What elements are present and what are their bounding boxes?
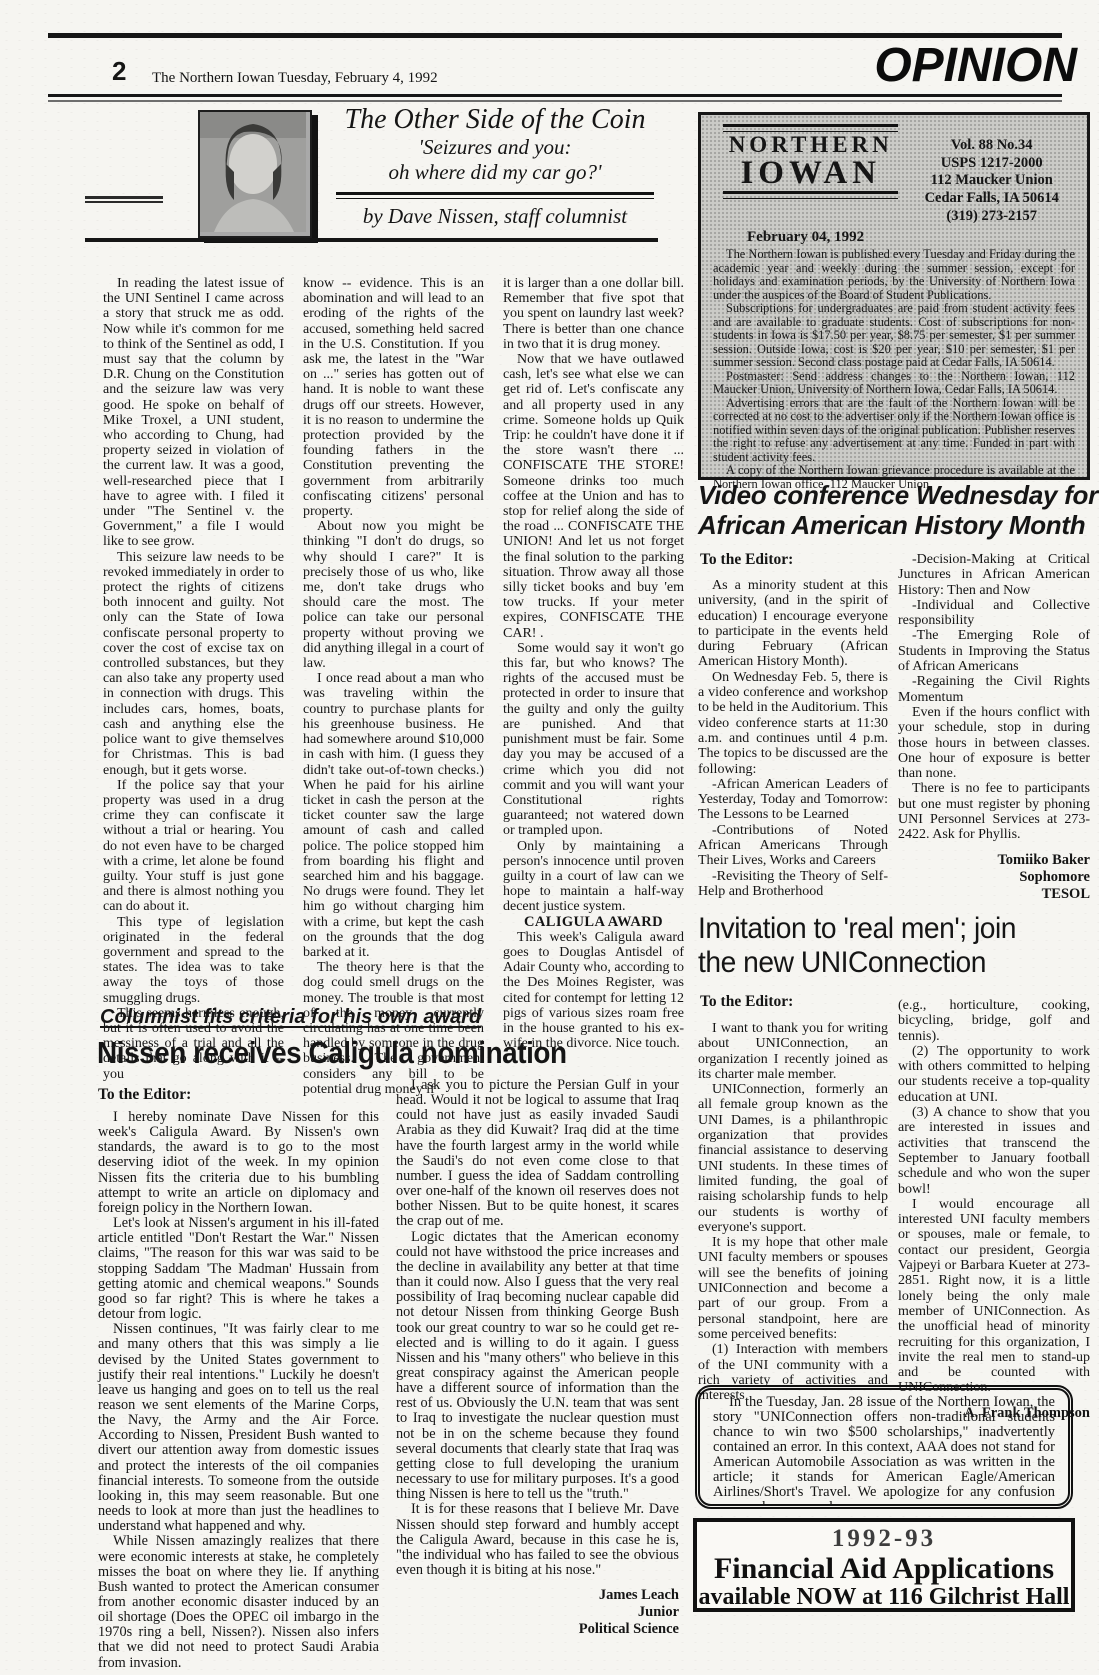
contact-line: (319) 273-2157 bbox=[908, 208, 1075, 226]
contact-line: USPS 1217-2000 bbox=[908, 155, 1075, 173]
paragraph: As a minority student at this university… bbox=[698, 578, 888, 670]
paragraph: Now that we have outlawed cash, let's se… bbox=[503, 352, 684, 641]
video-letter-signature: Tomiiko BakerSophomoreTESOL bbox=[898, 852, 1090, 903]
header-rule-1 bbox=[48, 94, 1062, 97]
paragraph: -Individual and Collective responsibilit… bbox=[898, 598, 1090, 629]
column-title: The Other Side of the Coin bbox=[330, 104, 660, 135]
paragraph: I once read about a man who was travelin… bbox=[303, 671, 484, 960]
column-subtitle-line1: 'Seizures and you: bbox=[330, 135, 660, 160]
page-number: 2 bbox=[112, 56, 126, 87]
correction-notice-box: In the Tuesday, Jan. 28 issue of the Nor… bbox=[695, 1385, 1073, 1509]
headline-line: Video conference Wednesday for bbox=[698, 480, 1098, 510]
paragraph: I hereby nominate Dave Nissen for this w… bbox=[98, 1110, 379, 1216]
caligula-award-subhead: CALIGULA AWARD bbox=[503, 915, 684, 930]
publication-statements: The Northern Iowan is published every Tu… bbox=[713, 248, 1075, 491]
paragraph: If the police say that your property was… bbox=[103, 778, 284, 915]
publication-date: February 04, 1992 bbox=[747, 229, 1075, 246]
signature-line: James Leach bbox=[396, 1587, 679, 1604]
section-title: OPINION bbox=[874, 38, 1077, 93]
masthead-double-rule bbox=[336, 192, 654, 199]
paragraph: Advertising errors that are the fault of… bbox=[713, 397, 1075, 465]
invitation-letter-headline: Invitation to 'real men'; jointhe new UN… bbox=[698, 912, 1099, 980]
contact-line: Cedar Falls, IA 50614 bbox=[908, 190, 1075, 208]
newspaper-page: 2 The Northern Iowan Tuesday, February 4… bbox=[0, 0, 1099, 1675]
paragraph: Even if the hours conflict with your sch… bbox=[898, 705, 1090, 781]
publication-info-header: NORTHERN IOWAN Vol. 88 No.34USPS 1217-20… bbox=[713, 123, 1075, 225]
correction-text: In the Tuesday, Jan. 28 issue of the Nor… bbox=[713, 1395, 1055, 1509]
paragraph: -Regaining the Civil Rights Momentum bbox=[898, 674, 1090, 705]
logo-line1: NORTHERN bbox=[713, 133, 908, 157]
nissen-letter-signature: James LeachJuniorPolitical Science bbox=[396, 1587, 679, 1638]
nissen-letter-headline: Nissen receives Caligula nomination bbox=[97, 1035, 673, 1071]
paragraph: While Nissen amazingly realizes that the… bbox=[98, 1534, 379, 1670]
invitation-letter-col-b-text: (e.g., horticulture, cooking, bicycling,… bbox=[898, 998, 1090, 1396]
paragraph: Only by maintaining a person's innocence… bbox=[503, 839, 684, 915]
logo-rule-bottom bbox=[723, 191, 898, 199]
paragraph: (2) The opportunity to work with others … bbox=[898, 1044, 1090, 1105]
paragraph: I would encourage all interested UNI fac… bbox=[898, 1197, 1090, 1396]
contact-line: 112 Maucker Union bbox=[908, 172, 1075, 190]
paragraph: Let's look at Nissen's argument in his i… bbox=[98, 1216, 379, 1322]
video-letter-col-b: -Decision-Making at Critical Junctures i… bbox=[898, 552, 1090, 903]
paragraph: -Decision-Making at Critical Junctures i… bbox=[898, 552, 1090, 598]
seizures-col3-part1: it is larger than a one dollar bill. Rem… bbox=[503, 276, 684, 915]
contact-line: Vol. 88 No.34 bbox=[908, 137, 1075, 155]
paragraph: Some would say it won't go this far, but… bbox=[503, 641, 684, 839]
paragraph: This seizure law needs to be revoked imm… bbox=[103, 550, 284, 778]
invitation-letter-col-b: (e.g., horticulture, cooking, bicycling,… bbox=[898, 998, 1090, 1422]
paragraph: It is for these reasons that I believe M… bbox=[396, 1502, 679, 1578]
logo-rule-top bbox=[723, 124, 898, 132]
seizures-article-col3: it is larger than a one dollar bill. Rem… bbox=[503, 276, 684, 1051]
masthead-bottom-rule bbox=[85, 238, 658, 242]
paragraph: The Northern Iowan is published every Tu… bbox=[713, 248, 1075, 302]
nissen-letter-col-a: I hereby nominate Dave Nissen for this w… bbox=[98, 1110, 379, 1671]
headline-line: African American History Month bbox=[698, 510, 1098, 540]
video-letter-col-b-text: -Decision-Making at Critical Junctures i… bbox=[898, 552, 1090, 843]
signature-line: Tomiiko Baker bbox=[898, 852, 1090, 869]
paragraph: Postmaster: Send address changes to the … bbox=[713, 370, 1075, 397]
signature-line: TESOL bbox=[898, 886, 1090, 903]
column-byline: by Dave Nissen, staff columnist bbox=[330, 204, 660, 229]
financial-aid-year: 1992-93 bbox=[697, 1525, 1071, 1553]
paragraph: In reading the latest issue of the UNI S… bbox=[103, 276, 284, 550]
signature-line: Junior bbox=[396, 1604, 679, 1621]
publication-contact-block: Vol. 88 No.34USPS 1217-2000112 Maucker U… bbox=[908, 123, 1075, 225]
nissen-letter-kicker: Columnist fits criteria for his own awar… bbox=[100, 1006, 481, 1029]
paragraph: (e.g., horticulture, cooking, bicycling,… bbox=[898, 998, 1090, 1044]
signature-line: Sophomore bbox=[898, 869, 1090, 886]
paragraph: This week's Caligula award goes to Dougl… bbox=[503, 930, 684, 1052]
invitation-letter-col-a: I want to thank you for writing about UN… bbox=[698, 1021, 888, 1403]
video-letter-col-a: As a minority student at this university… bbox=[698, 578, 888, 899]
nissen-letter-col-b: I ask you to picture the Persian Gulf in… bbox=[396, 1078, 679, 1638]
column-subtitle-line2: oh where did my car go?' bbox=[330, 160, 660, 185]
signature-line: Political Science bbox=[396, 1621, 679, 1638]
columnist-photo bbox=[198, 110, 312, 238]
paragraph: Nissen continues, "It was fairly clear t… bbox=[98, 1322, 379, 1534]
seizures-article-col2: know -- evidence. This is an abomination… bbox=[303, 276, 484, 1097]
paragraph: This type of legislation originated in t… bbox=[103, 915, 284, 1006]
financial-aid-notice-box: 1992-93 Financial Aid Applications avail… bbox=[693, 1518, 1075, 1612]
paragraph: know -- evidence. This is an abomination… bbox=[303, 276, 484, 519]
financial-aid-title: Financial Aid Applications bbox=[697, 1553, 1071, 1585]
headline-line: the new UNIConnection bbox=[698, 946, 1099, 980]
paragraph: I ask you to picture the Persian Gulf in… bbox=[396, 1078, 679, 1230]
column-masthead: The Other Side of the Coin 'Seizures and… bbox=[330, 104, 660, 229]
header-rule-2 bbox=[48, 100, 1062, 102]
paragraph: -The Emerging Role of Students in Improv… bbox=[898, 628, 1090, 674]
financial-aid-location: available NOW at 116 Gilchrist Hall bbox=[697, 1584, 1071, 1610]
video-letter-headline: Video conference Wednesday forAfrican Am… bbox=[698, 480, 1098, 540]
nissen-letter-col-b-text: I ask you to picture the Persian Gulf in… bbox=[396, 1078, 679, 1578]
masthead-dateline: The Northern Iowan Tuesday, February 4, … bbox=[152, 70, 438, 87]
nissen-letter-salutation: To the Editor: bbox=[98, 1086, 191, 1104]
invitation-letter-salutation: To the Editor: bbox=[700, 993, 793, 1011]
newspaper-logo: NORTHERN IOWAN bbox=[713, 123, 908, 225]
paragraph: -Revisiting the Theory of Self-Help and … bbox=[698, 869, 888, 900]
video-letter-salutation: To the Editor: bbox=[700, 551, 793, 569]
paragraph: (3) A chance to show that you are intere… bbox=[898, 1105, 1090, 1197]
paragraph: There is no fee to participants but one … bbox=[898, 781, 1090, 842]
paragraph: UNIConnection, formerly an all female gr… bbox=[698, 1082, 888, 1235]
portrait-illustration bbox=[200, 112, 306, 232]
paragraph: It is my hope that other male UNI facult… bbox=[698, 1235, 888, 1342]
logo-line2: IOWAN bbox=[713, 157, 908, 190]
paragraph: -Contributions of Noted African American… bbox=[698, 823, 888, 869]
paragraph: I want to thank you for writing about UN… bbox=[698, 1021, 888, 1082]
masthead-side-rule bbox=[85, 196, 163, 203]
paragraph: it is larger than a one dollar bill. Rem… bbox=[503, 276, 684, 352]
paragraph: About now you might be thinking "I don't… bbox=[303, 519, 484, 671]
paragraph: Logic dictates that the American economy… bbox=[396, 1230, 679, 1503]
paragraph: On Wednesday Feb. 5, there is a video co… bbox=[698, 670, 888, 777]
seizures-col3-part2: This week's Caligula award goes to Dougl… bbox=[503, 930, 684, 1052]
paragraph: -African American Leaders of Yesterday, … bbox=[698, 777, 888, 823]
paragraph: Subscriptions for undergraduates are pai… bbox=[713, 302, 1075, 370]
publication-info-box: NORTHERN IOWAN Vol. 88 No.34USPS 1217-20… bbox=[698, 112, 1090, 480]
headline-line: Invitation to 'real men'; join bbox=[698, 912, 1099, 946]
seizures-article-col1: In reading the latest issue of the UNI S… bbox=[103, 276, 284, 1082]
